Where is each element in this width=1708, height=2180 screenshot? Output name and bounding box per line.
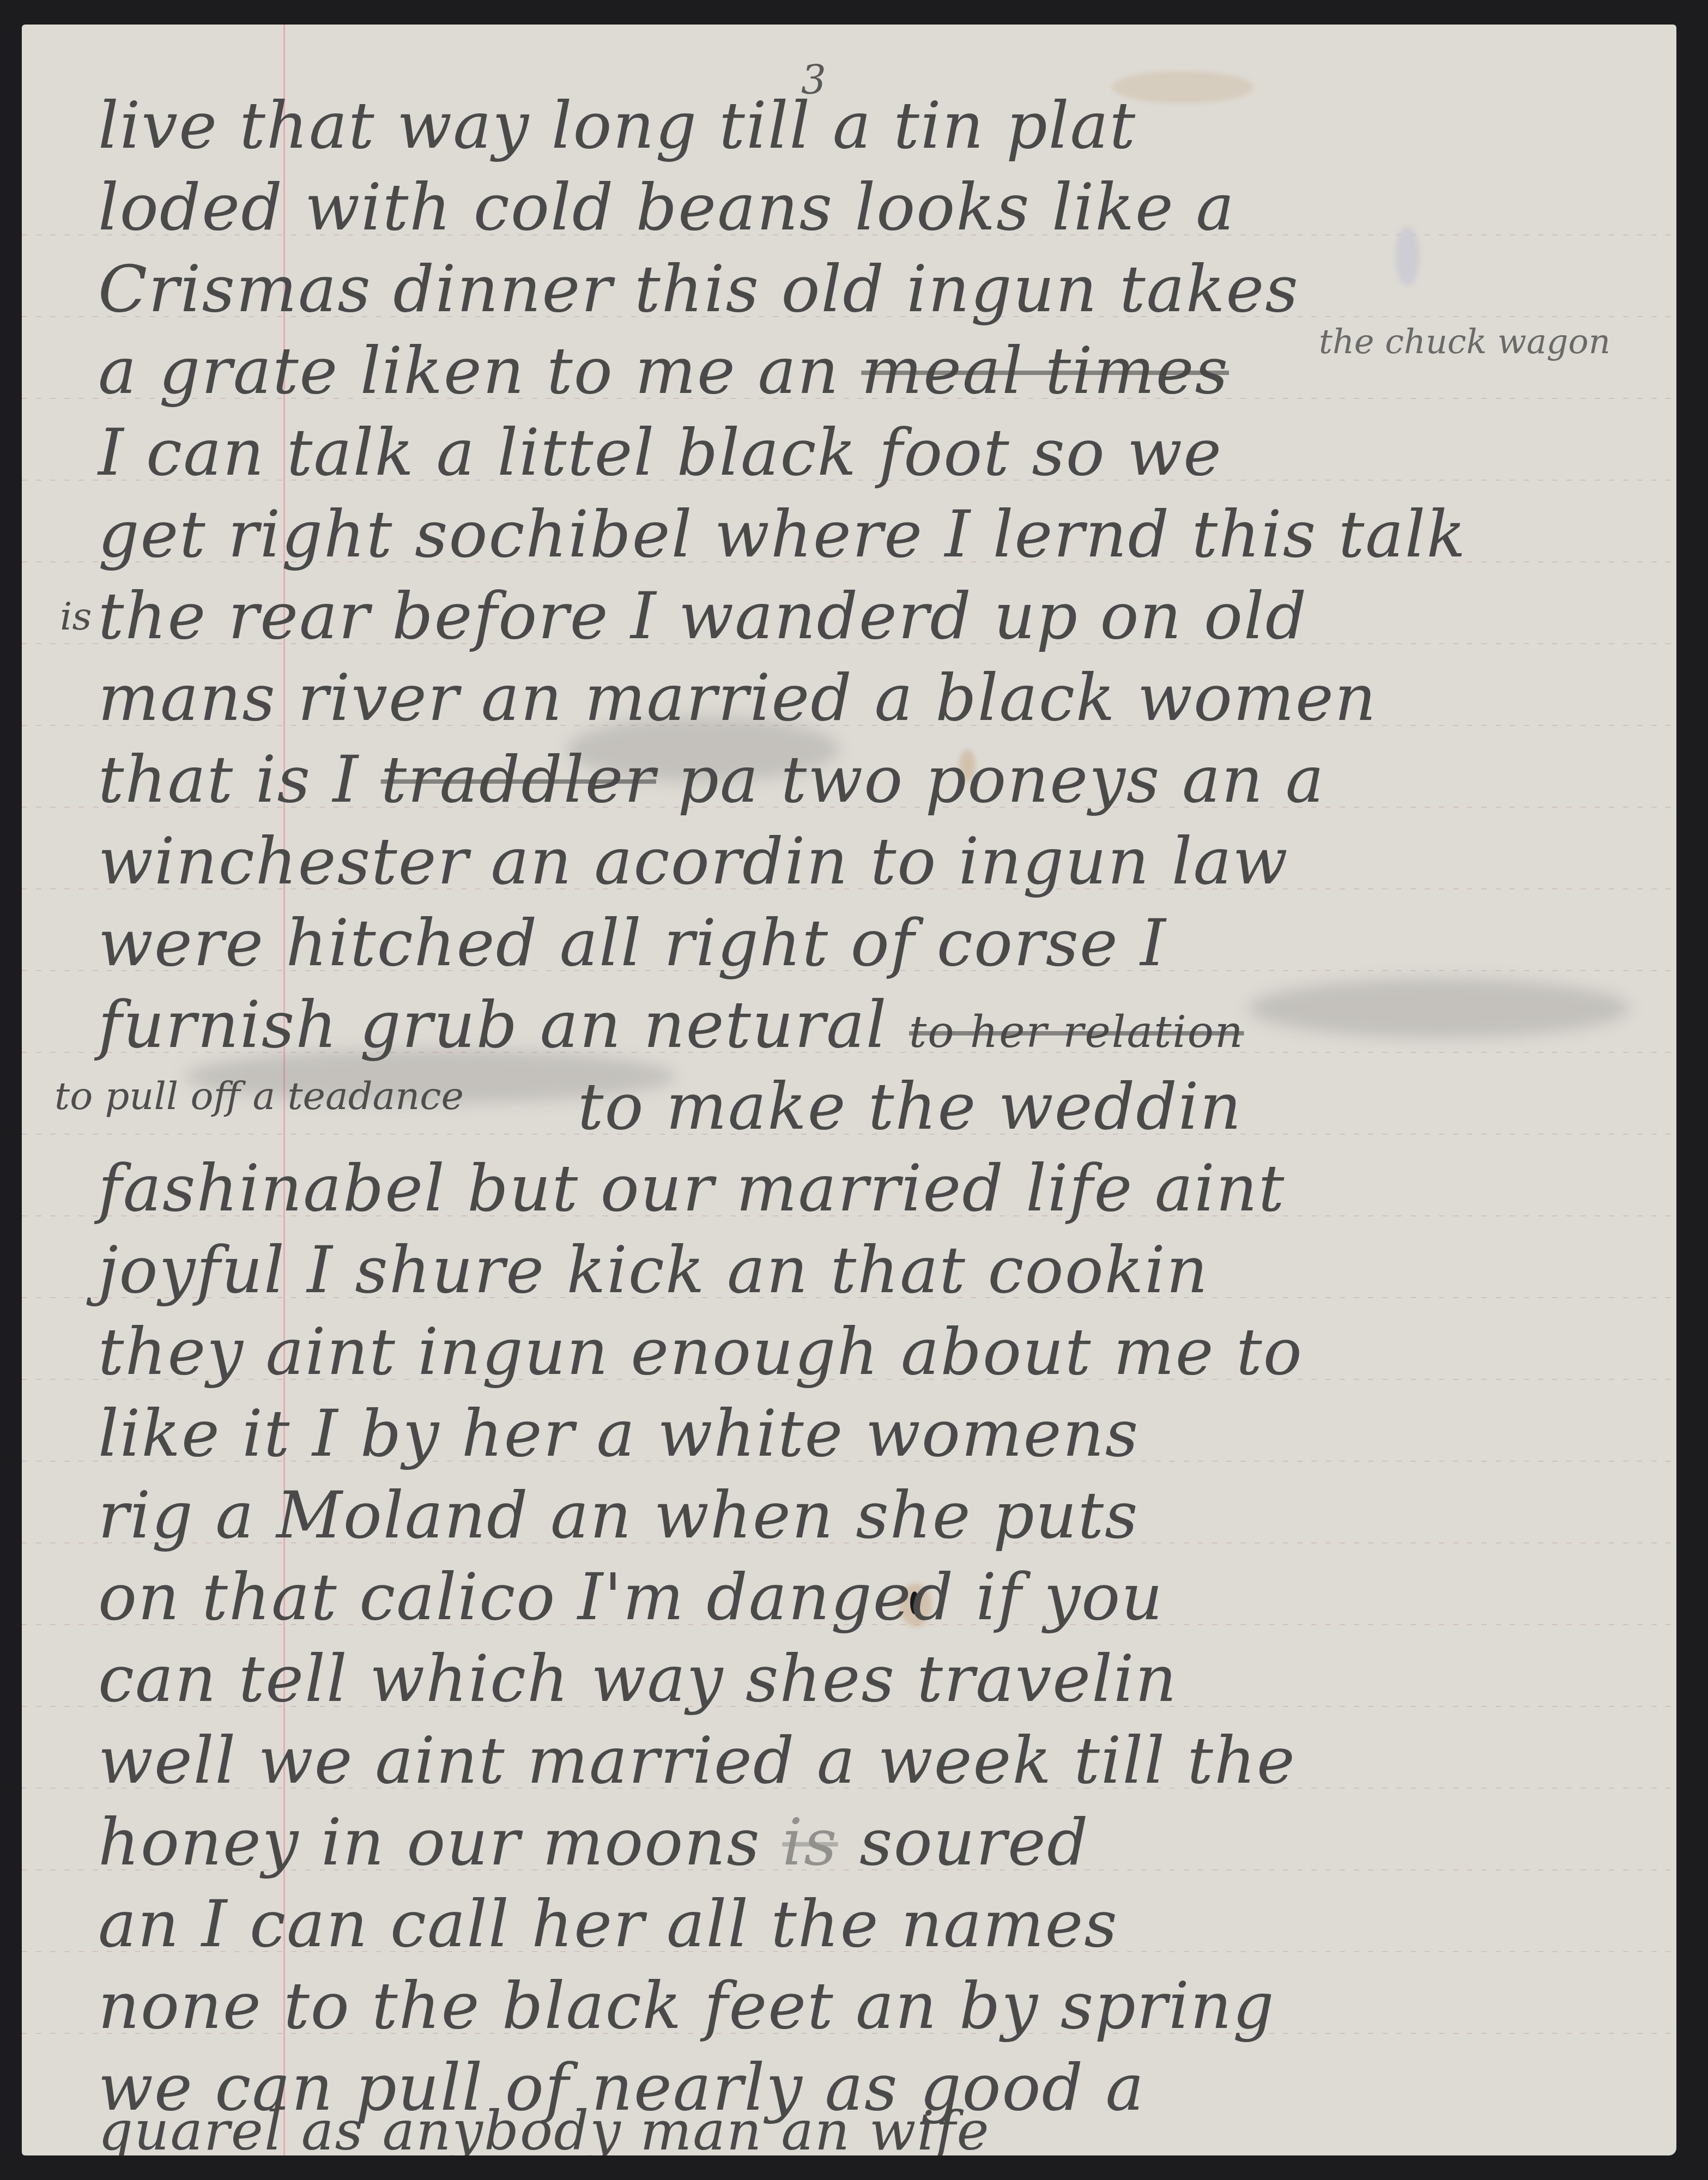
margin-note: is — [60, 594, 92, 639]
manuscript-line-2: loded with cold beans looks like a — [98, 172, 1655, 243]
manuscript-line-7: the rear before I wanderd up on old — [98, 580, 1655, 651]
manuscript-line-16: they aint ingun enough about me to — [98, 1316, 1655, 1387]
manuscript-line-22: honey in our moons is soured — [98, 1807, 1655, 1878]
line-text-after: soured — [859, 1804, 1089, 1880]
struck-text: is — [782, 1804, 838, 1880]
struck-text: meal times — [861, 333, 1229, 408]
manuscript-line-14: fashinabel but our married life aint — [98, 1153, 1655, 1224]
manuscript-line-18: rig a Moland an when she puts — [98, 1480, 1655, 1551]
manuscript-line-3: Crismas dinner this old ingun takes — [98, 253, 1655, 324]
manuscript-line-19: on that calico I'm danged if you — [98, 1561, 1655, 1632]
struck-text: traddler — [381, 742, 656, 817]
manuscript-line-26: quarel as anybody man an wife — [98, 2096, 1655, 2155]
margin-insertion: to pull off a teadance — [54, 1074, 464, 1118]
line-text: that is I — [98, 742, 359, 817]
manuscript-line-8: mans river an married a black women — [98, 662, 1655, 733]
manuscript-page: 3 live that way long till a tin plat lod… — [22, 25, 1676, 2155]
manuscript-line-6: get right sochibel where I lernd this ta… — [98, 499, 1655, 570]
manuscript-line-21: well we aint married a week till the — [98, 1725, 1655, 1796]
line-text: honey in our moons — [98, 1804, 761, 1880]
line-text: a grate liken to me an — [98, 333, 840, 408]
manuscript-line-15: joyful I shure kick an that cookin — [98, 1234, 1655, 1305]
manuscript-line-12: furnish grub an netural to her relation — [98, 989, 1655, 1068]
manuscript-line-11: were hitched all right of corse I — [98, 907, 1655, 978]
manuscript-line-17: like it I by her a white womens — [98, 1398, 1655, 1469]
line-text: furnish grub an netural — [98, 987, 887, 1062]
interlinear-insertion: the chuck wagon — [1319, 322, 1610, 361]
line-text-after: pa two poneys an a — [677, 742, 1325, 817]
manuscript-line-1: live that way long till a tin plat — [98, 90, 1655, 161]
manuscript-line-20: can tell which way shes travelin — [98, 1643, 1655, 1714]
manuscript-line-10: winchester an acordin to ingun law — [98, 826, 1655, 897]
manuscript-line-13: to make the weddin — [578, 1071, 1655, 1142]
manuscript-line-24: none to the black feet an by spring — [98, 1970, 1655, 2041]
manuscript-line-9: that is I traddler pa two poneys an a — [98, 744, 1655, 815]
manuscript-line-5: I can talk a littel black foot so we — [98, 417, 1655, 488]
struck-text: to her relation — [909, 1007, 1244, 1057]
manuscript-line-23: an I can call her all the names — [98, 1888, 1655, 1959]
